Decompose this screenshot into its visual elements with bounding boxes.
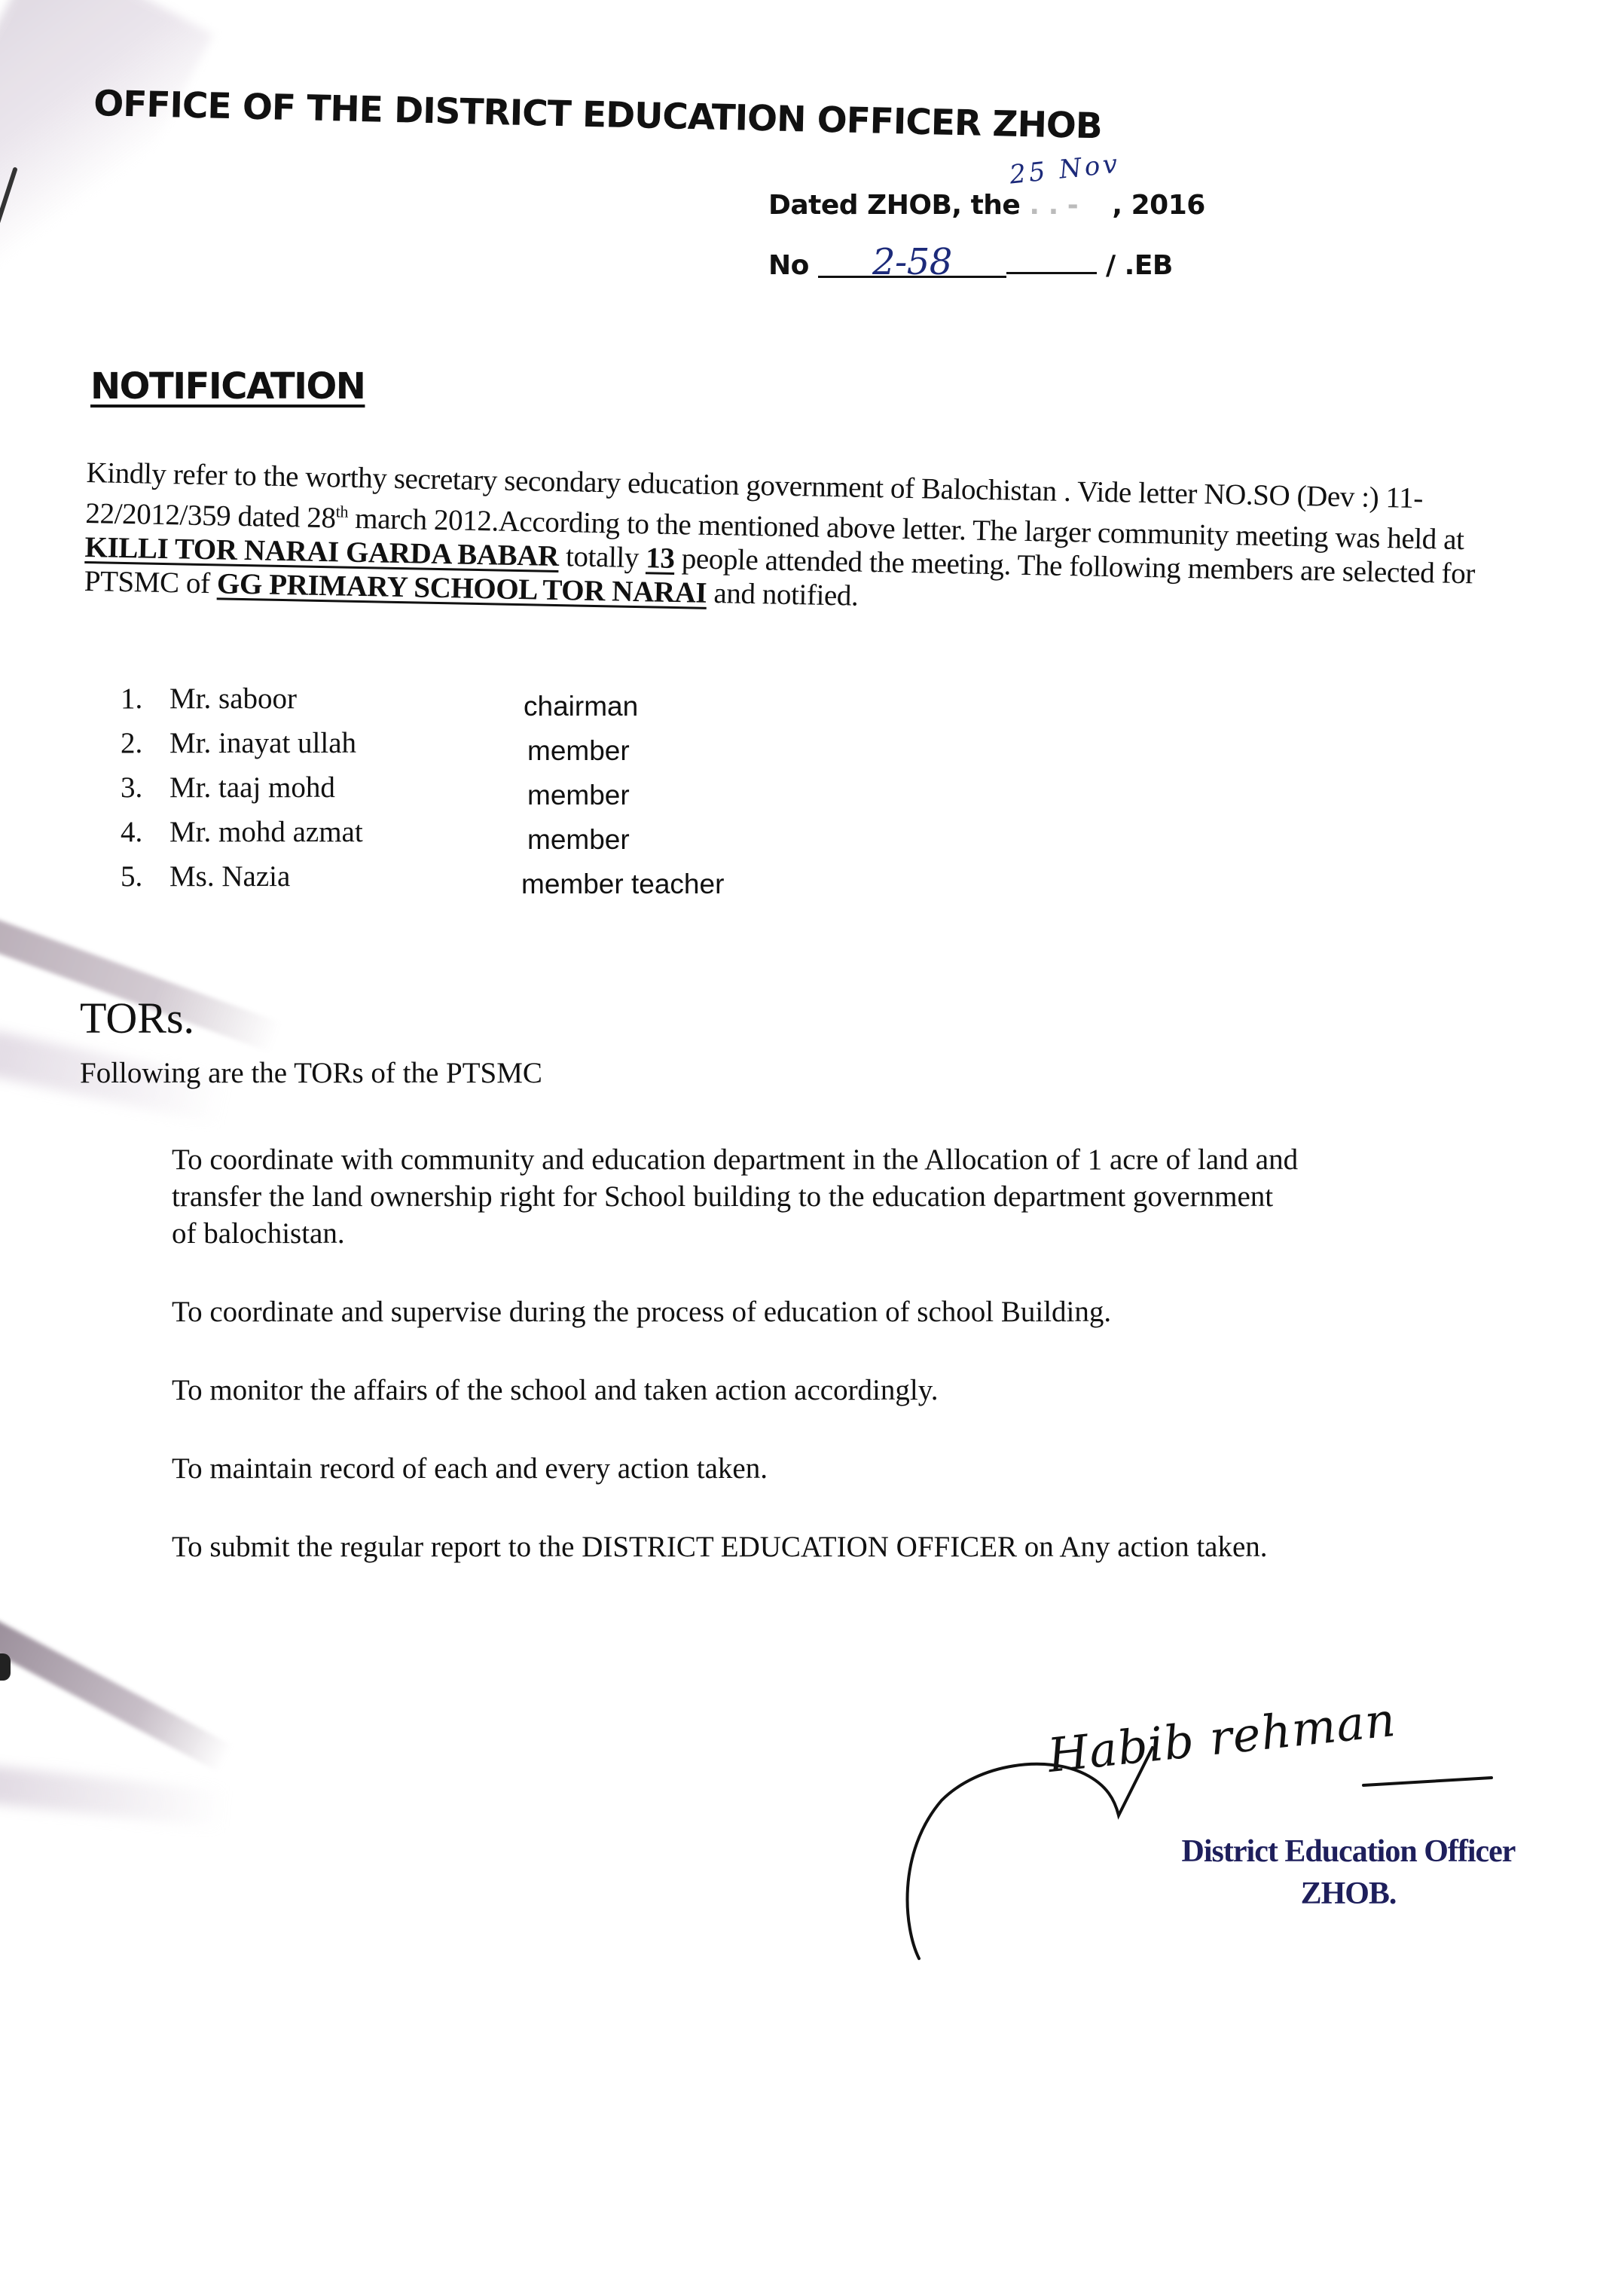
scan-edge-mark [0, 1653, 11, 1681]
member-role: member [527, 780, 630, 811]
notification-heading: NOTIFICATION [90, 365, 365, 408]
member-role: member teacher [521, 869, 724, 900]
scan-shadow [0, 0, 213, 313]
member-name: Mr. taaj mohd [169, 771, 335, 805]
tor-item: To monitor the affairs of the school and… [172, 1372, 1302, 1409]
notification-paragraph: Kindly refer to the worthy secretary sec… [84, 456, 1517, 625]
tor-item: To submit the regular report to the DIST… [172, 1528, 1302, 1565]
tor-item: To maintain record of each and every act… [172, 1450, 1302, 1487]
member-role: chairman [524, 691, 638, 722]
dated-blank: . . - [1029, 190, 1112, 221]
tors-heading: TORs. [80, 993, 194, 1043]
scan-shadow [0, 1765, 227, 1827]
scan-shadow [0, 1618, 232, 1772]
dated-line: Dated ZHOB, the . . -, 2016 [768, 190, 1205, 221]
member-number: 4. [121, 815, 158, 849]
member-name: Mr. saboor [169, 682, 297, 716]
ordinal-suffix: th [336, 502, 349, 521]
dated-year: , 2016 [1112, 190, 1204, 221]
stamp-location: ZHOB. [1175, 1873, 1522, 1915]
stamp-title: District Education Officer [1175, 1830, 1522, 1873]
reference-number-line: No 2-58 / .EB [768, 249, 1173, 281]
reference-blank [1006, 249, 1097, 274]
member-number: 5. [121, 859, 158, 893]
paragraph-text: and notified. [707, 577, 859, 612]
member-role: member [527, 824, 630, 856]
member-number: 2. [121, 726, 158, 760]
no-label: No [768, 250, 809, 281]
member-role: member [527, 735, 630, 767]
dated-label: Dated ZHOB, the [768, 190, 1020, 221]
member-number: 3. [121, 771, 158, 805]
member-name: Mr. inayat ullah [169, 726, 356, 760]
tors-intro: Following are the TORs of the PTSMC [80, 1056, 542, 1090]
official-stamp: District Education Officer ZHOB. [1175, 1830, 1522, 1915]
paragraph-text: totally [558, 540, 646, 574]
attendee-count: 13 [646, 542, 675, 575]
tor-item: To coordinate with community and educati… [172, 1141, 1302, 1252]
office-title: OFFICE OF THE DISTRICT EDUCATION OFFICER… [93, 83, 1103, 147]
no-suffix: / .EB [1106, 250, 1173, 281]
handwritten-reference-number: 2-58 [818, 249, 1006, 278]
tor-item: To coordinate and supervise during the p… [172, 1293, 1302, 1330]
tors-list: To coordinate with community and educati… [172, 1141, 1302, 1607]
handwritten-date: 25 Nov [1008, 148, 1122, 190]
member-name: Mr. mohd azmat [169, 815, 363, 849]
member-name: Ms. Nazia [169, 859, 290, 893]
member-number: 1. [121, 682, 158, 716]
